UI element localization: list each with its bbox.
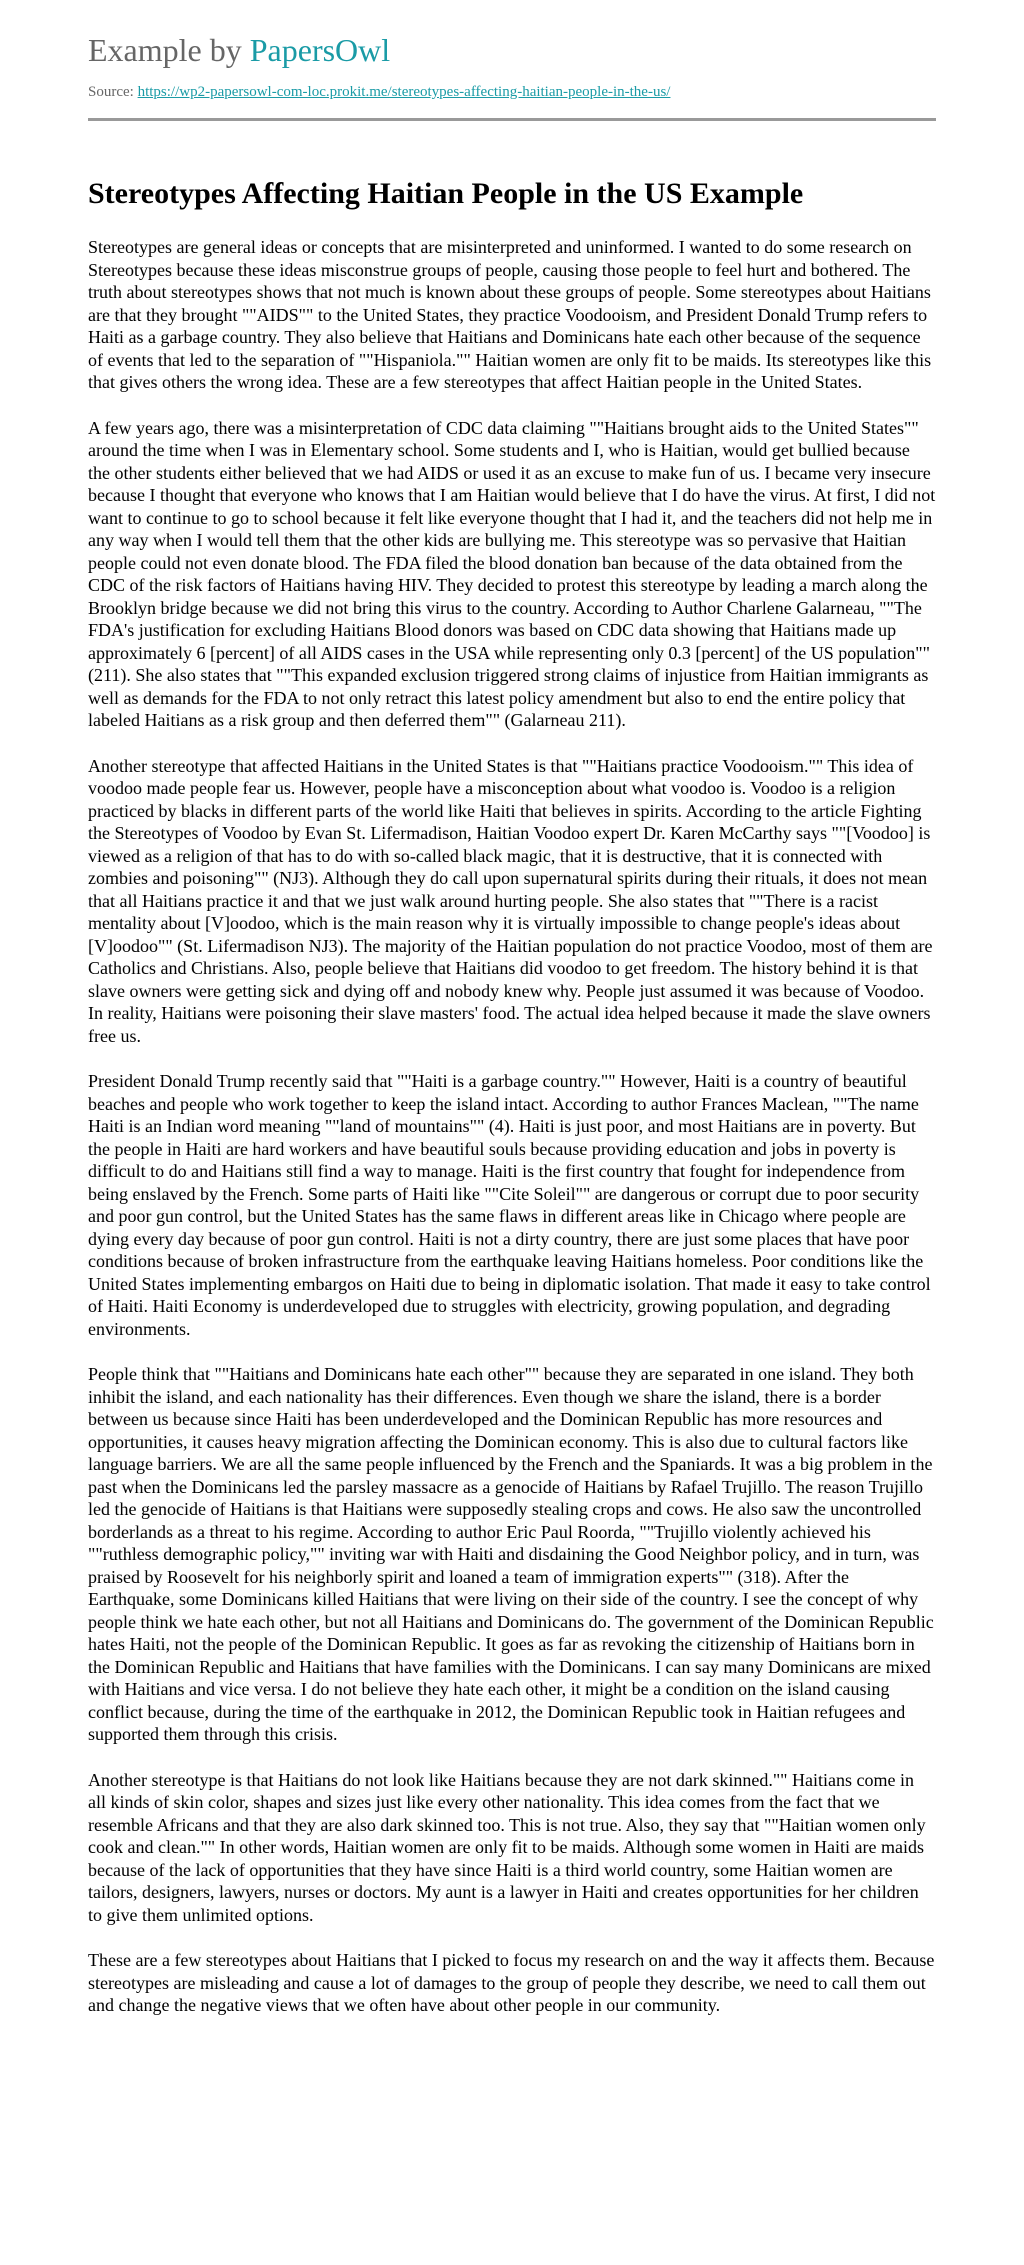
paragraph-skin-color: Another stereotype is that Haitians do n… — [88, 1769, 936, 1927]
paragraph-conclusion: These are a few stereotypes about Haitia… — [88, 1949, 936, 2017]
article-title: Stereotypes Affecting Haitian People in … — [88, 176, 936, 212]
paragraph-intro: Stereotypes are general ideas or concept… — [88, 236, 936, 394]
brand-heading: Example by PapersOwl — [88, 30, 936, 70]
source-label: Source: — [88, 84, 138, 100]
article: Stereotypes Affecting Haitian People in … — [88, 176, 936, 2017]
source-line: Source: https://wp2-papersowl-com-loc.pr… — [88, 82, 936, 102]
paragraph-garbage-country: President Donald Trump recently said tha… — [88, 1070, 936, 1340]
source-link[interactable]: https://wp2-papersowl-com-loc.prokit.me/… — [138, 84, 671, 100]
paragraph-dominicans: People think that ""Haitians and Dominic… — [88, 1363, 936, 1746]
article-body: Stereotypes are general ideas or concept… — [88, 236, 936, 2017]
header-divider — [88, 118, 936, 121]
paragraph-aids: A few years ago, there was a misinterpre… — [88, 417, 936, 732]
brand-prefix: Example by — [88, 32, 250, 68]
page-header: Example by PapersOwl Source: https://wp2… — [88, 30, 936, 121]
brand-name: PapersOwl — [250, 32, 390, 68]
document-page: Example by PapersOwl Source: https://wp2… — [0, 0, 1024, 2017]
paragraph-voodoo: Another stereotype that affected Haitian… — [88, 755, 936, 1048]
